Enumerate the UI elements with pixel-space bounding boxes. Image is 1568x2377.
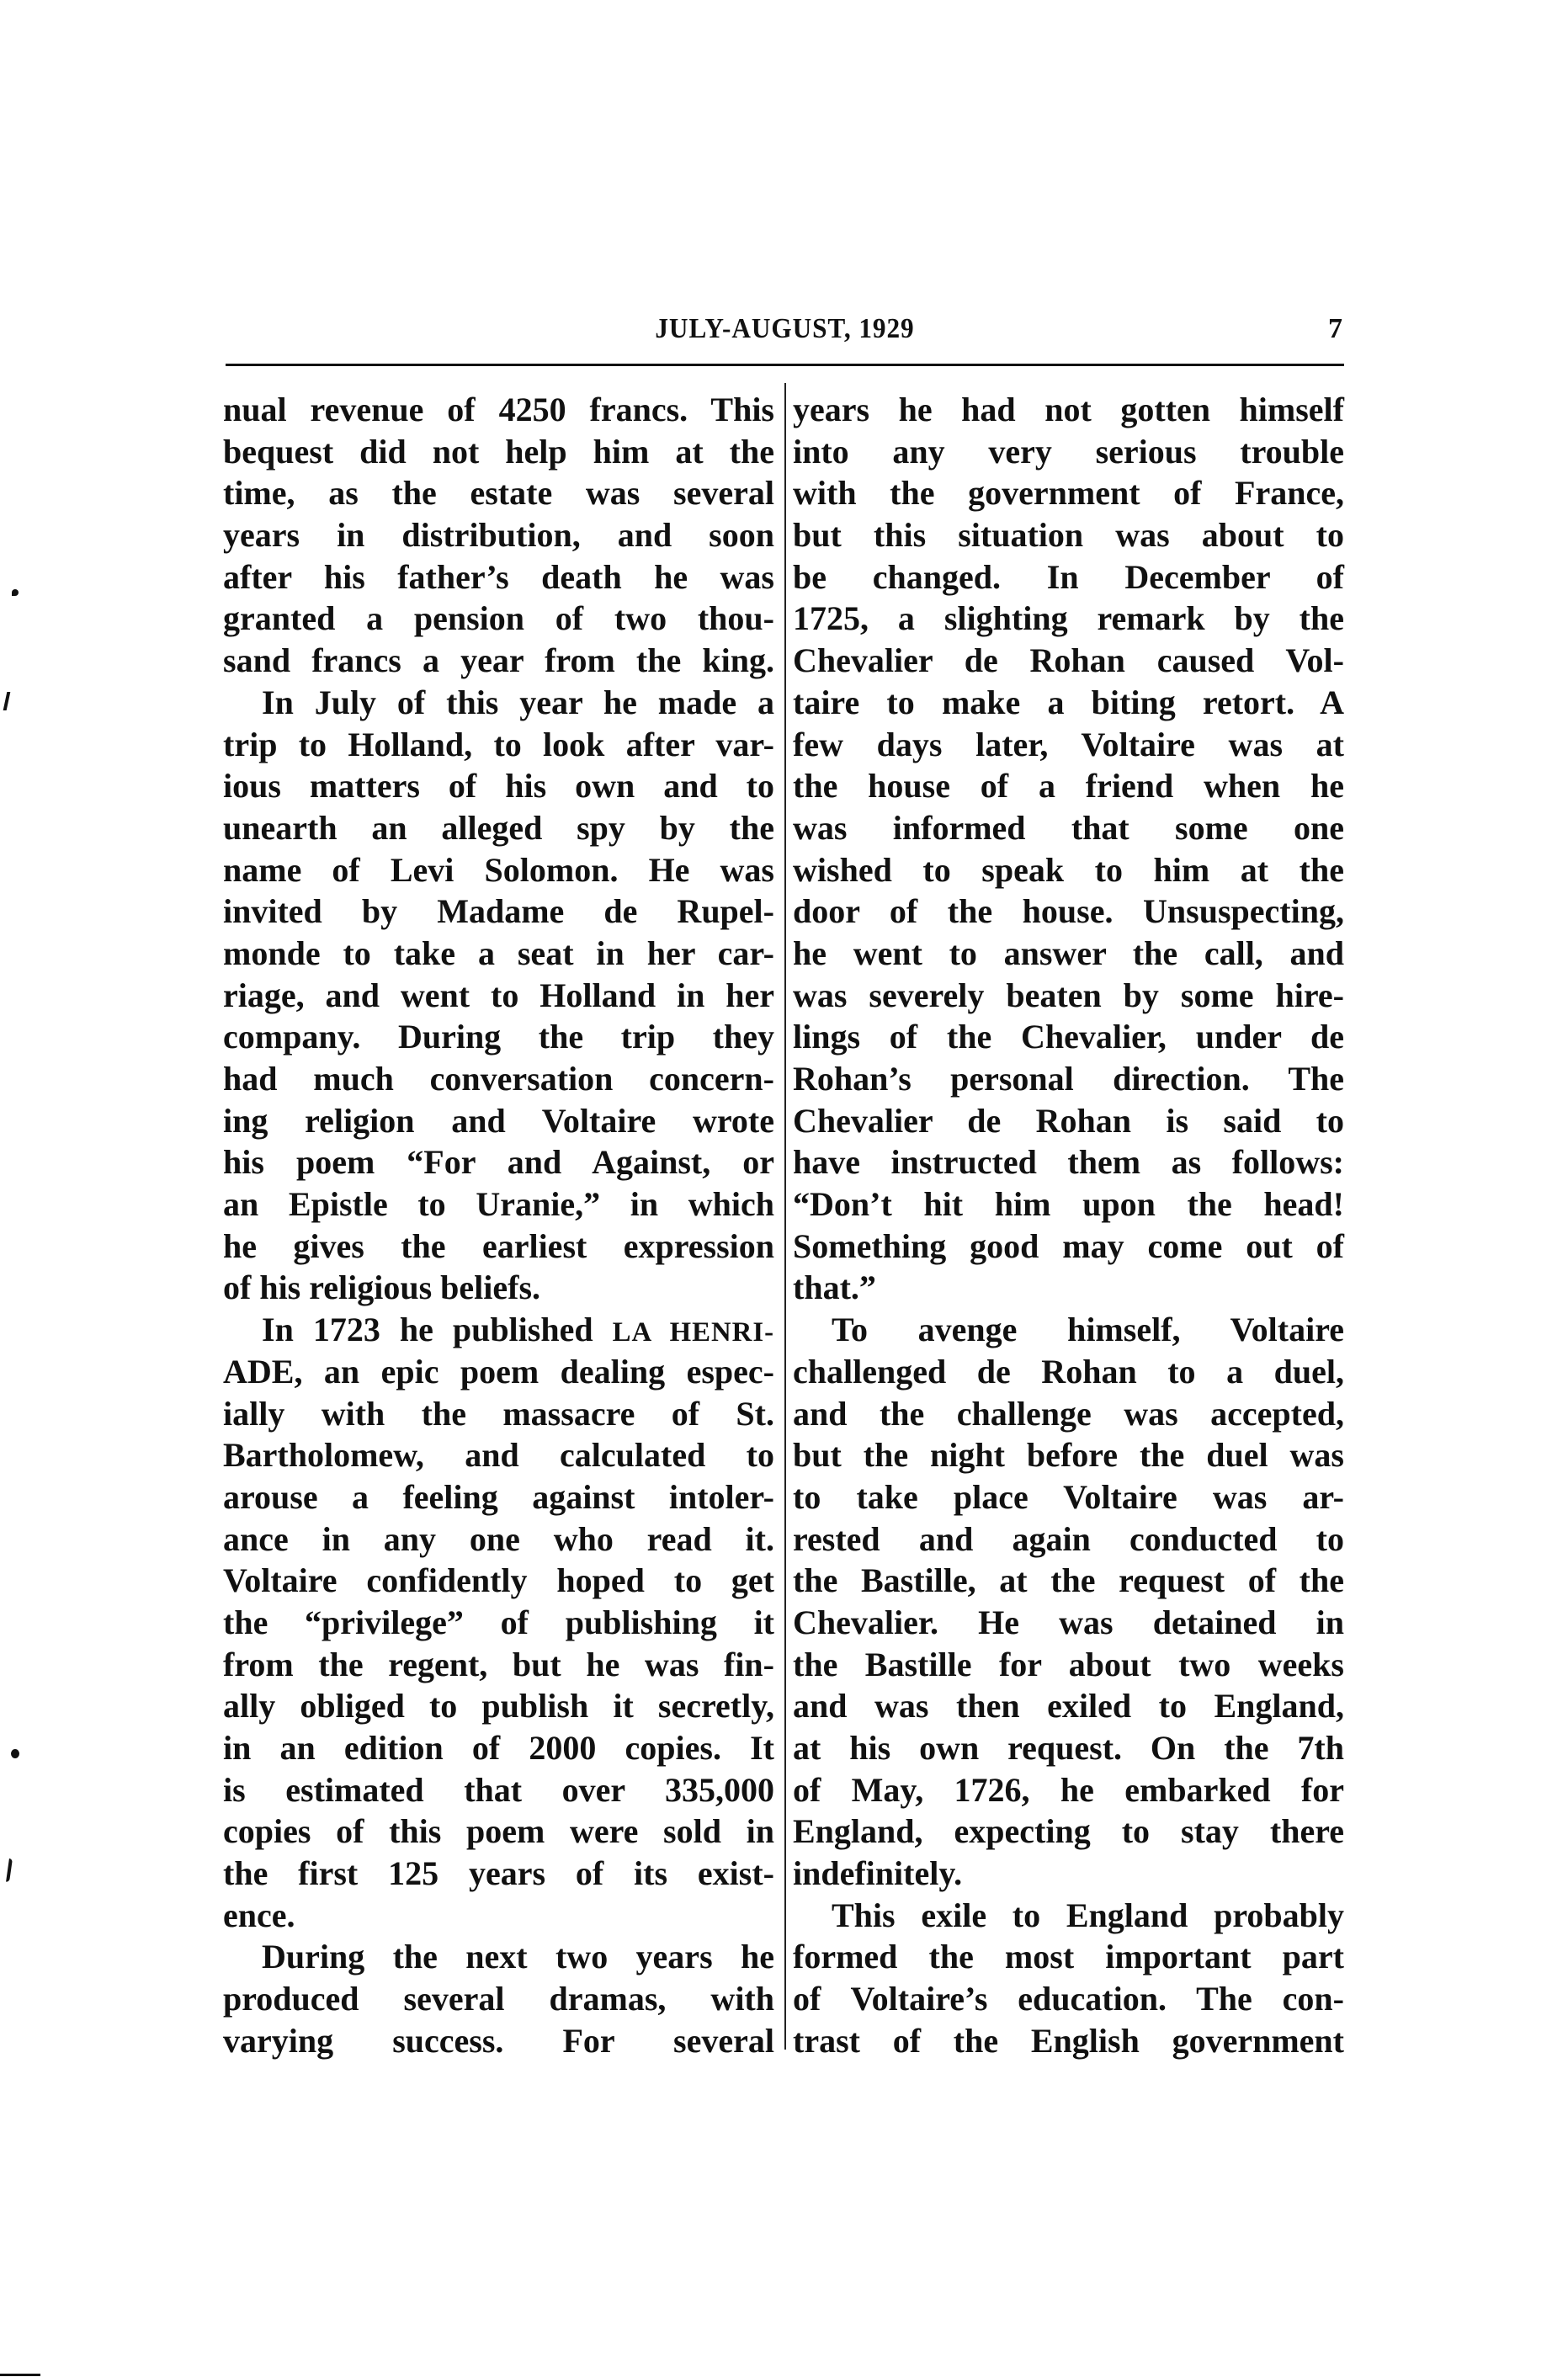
- text-line: to take place Voltaire was ar-: [793, 1476, 1344, 1518]
- text-line: Rohan’s personal direction. The: [793, 1058, 1344, 1100]
- text-line: riage, and went to Holland in her: [223, 975, 774, 1017]
- text-line: he gives the earliest expression: [223, 1226, 774, 1268]
- text-line: the first 125 years of its exist-: [223, 1853, 774, 1895]
- text-line: ious matters of his own and to: [223, 765, 774, 807]
- text-line: into any very serious trouble: [793, 431, 1344, 473]
- text-line: that.”: [793, 1267, 1344, 1309]
- text-line: Chevalier de Rohan is said to: [793, 1100, 1344, 1142]
- text-line: but the night before the duel was: [793, 1434, 1344, 1476]
- text-line: nual revenue of 4250 francs. This: [223, 389, 774, 431]
- text-line: invited by Madame de Rupel-: [223, 891, 774, 933]
- text-line: unearth an alleged spy by the: [223, 807, 774, 849]
- text-line: but this situation was about to: [793, 514, 1344, 556]
- text-line: an Epistle to Uranie,” in which: [223, 1183, 774, 1226]
- scan-speck-mark: [6, 1859, 13, 1882]
- text-line: Voltaire confidently hoped to get: [223, 1560, 774, 1602]
- text-column-left: nual revenue of 4250 francs. This beques…: [223, 389, 774, 2062]
- text-line: ially with the massacre of St.: [223, 1393, 774, 1435]
- book-title-smallcaps: LA HENRI-: [613, 1317, 774, 1348]
- text-line: ing religion and Voltaire wrote: [223, 1100, 774, 1142]
- text-line: taire to make a biting retort. A: [793, 682, 1344, 724]
- text-line: formed the most important part: [793, 1936, 1344, 1978]
- text-line: be changed. In December of: [793, 556, 1344, 598]
- text-line: was severely beaten by some hire-: [793, 975, 1344, 1017]
- running-head: JULY-AUGUST, 1929 7: [226, 308, 1344, 350]
- paragraph-start-line: To avenge himself, Voltaire: [793, 1309, 1344, 1351]
- text-line: at his own request. On the 7th: [793, 1727, 1344, 1769]
- text-line: have instructed them as follows:: [793, 1141, 1344, 1183]
- text-line: of his religious beliefs.: [223, 1267, 774, 1309]
- text-line: England, expecting to stay there: [793, 1811, 1344, 1853]
- scan-speck-mark: [3, 692, 11, 710]
- paragraph-start-line: During the next two years he: [223, 1936, 774, 1978]
- text-line: door of the house. Unsuspecting,: [793, 891, 1344, 933]
- text-line: company. During the trip they: [223, 1016, 774, 1058]
- text-line: is estimated that over 335,000: [223, 1769, 774, 1811]
- text-line: the Bastille, at the request of the: [793, 1560, 1344, 1602]
- scan-speck-mark: [11, 1749, 19, 1758]
- text-line: granted a pension of two thou-: [223, 598, 774, 640]
- text-line: Bartholomew, and calculated to: [223, 1434, 774, 1476]
- text-line: and was then exiled to England,: [793, 1685, 1344, 1727]
- text-line: sand francs a year from the king.: [223, 640, 774, 682]
- text-line: ence.: [223, 1895, 774, 1937]
- text-line: “Don’t hit him upon the head!: [793, 1183, 1344, 1226]
- scan-speck-mark: [12, 589, 19, 596]
- text-line: he went to answer the call, and: [793, 933, 1344, 975]
- text-line: years he had not gotten himself: [793, 389, 1344, 431]
- text-line: bequest did not help him at the: [223, 431, 774, 473]
- text-line: with the government of France,: [793, 472, 1344, 514]
- running-title: JULY-AUGUST, 1929: [270, 313, 1300, 345]
- text-line: copies of this poem were sold in: [223, 1811, 774, 1853]
- text-line: from the regent, but he was fin-: [223, 1644, 774, 1686]
- text-line: varying success. For several: [223, 2020, 774, 2062]
- header-rule: [226, 364, 1344, 366]
- text-line: wished to speak to him at the: [793, 849, 1344, 891]
- text-line: ADE, an epic poem dealing espec-: [223, 1351, 774, 1393]
- text-line: the “privilege” of publishing it: [223, 1602, 774, 1644]
- text-line: produced several dramas, with: [223, 1978, 774, 2020]
- text-line: his poem “For and Against, or: [223, 1141, 774, 1183]
- text-line: was informed that some one: [793, 807, 1344, 849]
- text-fragment: In 1723 he published: [262, 1311, 593, 1348]
- scan-edge-mark: [0, 2374, 40, 2376]
- text-line: years in distribution, and soon: [223, 514, 774, 556]
- text-line: monde to take a seat in her car-: [223, 933, 774, 975]
- text-line: Something good may come out of: [793, 1226, 1344, 1268]
- paragraph-start-line: In 1723 he published LA HENRI-: [223, 1309, 774, 1351]
- page-number: 7: [1328, 313, 1342, 345]
- text-line: of Voltaire’s education. The con-: [793, 1978, 1344, 2020]
- text-line: trast of the English government: [793, 2020, 1344, 2062]
- text-line: few days later, Voltaire was at: [793, 724, 1344, 766]
- text-line: ance in any one who read it.: [223, 1518, 774, 1561]
- text-line: arouse a feeling against intoler-: [223, 1476, 774, 1518]
- text-line: challenged de Rohan to a duel,: [793, 1351, 1344, 1393]
- text-line: and the challenge was accepted,: [793, 1393, 1344, 1435]
- text-line: after his father’s death he was: [223, 556, 774, 598]
- text-line: lings of the Chevalier, under de: [793, 1016, 1344, 1058]
- column-separator: [784, 383, 786, 2050]
- text-line: ally obliged to publish it secretly,: [223, 1685, 774, 1727]
- text-line: Chevalier. He was detained in: [793, 1602, 1344, 1644]
- text-column-right: years he had not gotten himself into any…: [793, 389, 1344, 2062]
- text-line: the Bastille for about two weeks: [793, 1644, 1344, 1686]
- text-line: rested and again conducted to: [793, 1518, 1344, 1561]
- text-line: Chevalier de Rohan caused Vol-: [793, 640, 1344, 682]
- text-line: had much conversation concern-: [223, 1058, 774, 1100]
- text-line: the house of a friend when he: [793, 765, 1344, 807]
- text-line: name of Levi Solomon. He was: [223, 849, 774, 891]
- text-line: indefinitely.: [793, 1853, 1344, 1895]
- text-line: in an edition of 2000 copies. It: [223, 1727, 774, 1769]
- text-line: trip to Holland, to look after var-: [223, 724, 774, 766]
- paragraph-start-line: In July of this year he made a: [223, 682, 774, 724]
- text-line: time, as the estate was several: [223, 472, 774, 514]
- paragraph-start-line: This exile to England probably: [793, 1895, 1344, 1937]
- text-line: 1725, a slighting remark by the: [793, 598, 1344, 640]
- text-line: of May, 1726, he embarked for: [793, 1769, 1344, 1811]
